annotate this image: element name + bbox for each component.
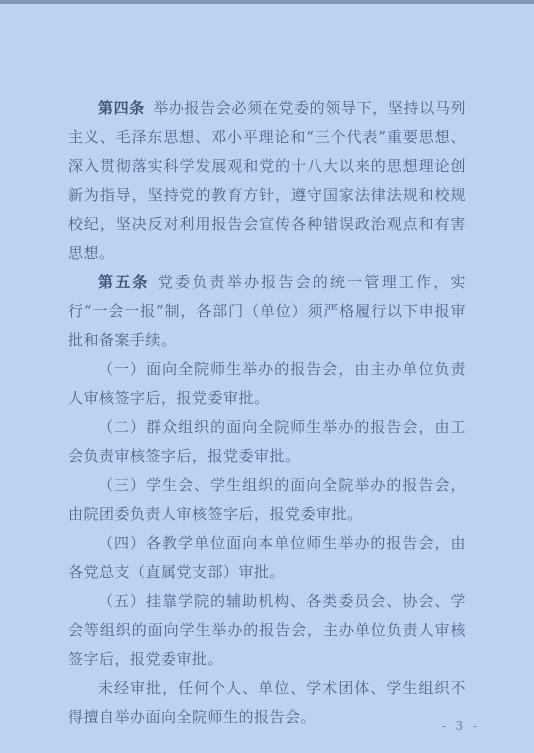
paragraph-text: （二）群众组织的面向全院师生举办的报告会，由工会负责审核签字后，报党委审批。 — [68, 418, 466, 465]
article-5-label: 第五条 — [98, 273, 150, 291]
paragraph-article-5: 第五条党委负责举办报告会的统一管理工作，实行“一会一报”制，各部门（单位）须严格… — [68, 268, 466, 355]
paragraph-item-5: （五）挂靠学院的辅助机构、各类委员会、协会、学会等组织的面向学生举办的报告会，主… — [68, 587, 466, 674]
page-number: - 3 - — [442, 719, 480, 733]
paragraph-item-1: （一）面向全院师生举办的报告会，由主办单位负责人审核签字后，报党委审批。 — [68, 355, 466, 413]
paragraph-item-3: （三）学生会、学生组织的面向全院举办的报告会，由院团委负责人审核签字后，报党委审… — [68, 471, 466, 529]
paragraph-text: （五）挂靠学院的辅助机构、各类委员会、协会、学会等组织的面向学生举办的报告会，主… — [68, 592, 466, 668]
scan-edge-band — [0, 0, 534, 4]
article-4-label: 第四条 — [98, 99, 145, 117]
paragraph-text: 未经审批，任何个人、单位、学术团体、学生组织不得擅自举办面向全院师生的报告会。 — [68, 679, 466, 726]
paragraph-text: 举办报告会必须在党委的领导下，坚持以马列主义、毛泽东思想、邓小平理论和“三个代表… — [68, 99, 466, 262]
paragraph-item-4: （四）各教学单位面向本单位师生举办的报告会，由各党总支（直属党支部）审批。 — [68, 529, 466, 587]
paragraph-text: （三）学生会、学生组织的面向全院举办的报告会，由院团委负责人审核签字后，报党委审… — [68, 476, 466, 523]
paragraph-closing: 未经审批，任何个人、单位、学术团体、学生组织不得擅自举办面向全院师生的报告会。 — [68, 674, 466, 732]
paragraph-item-2: （二）群众组织的面向全院师生举办的报告会，由工会负责审核签字后，报党委审批。 — [68, 413, 466, 471]
document-body: 第四条举办报告会必须在党委的领导下，坚持以马列主义、毛泽东思想、邓小平理论和“三… — [68, 94, 466, 732]
paragraph-text: （四）各教学单位面向本单位师生举办的报告会，由各党总支（直属党支部）审批。 — [68, 534, 466, 581]
paragraph-article-4: 第四条举办报告会必须在党委的领导下，坚持以马列主义、毛泽东思想、邓小平理论和“三… — [68, 94, 466, 268]
paragraph-text: （一）面向全院师生举办的报告会，由主办单位负责人审核签字后，报党委审批。 — [68, 360, 466, 407]
